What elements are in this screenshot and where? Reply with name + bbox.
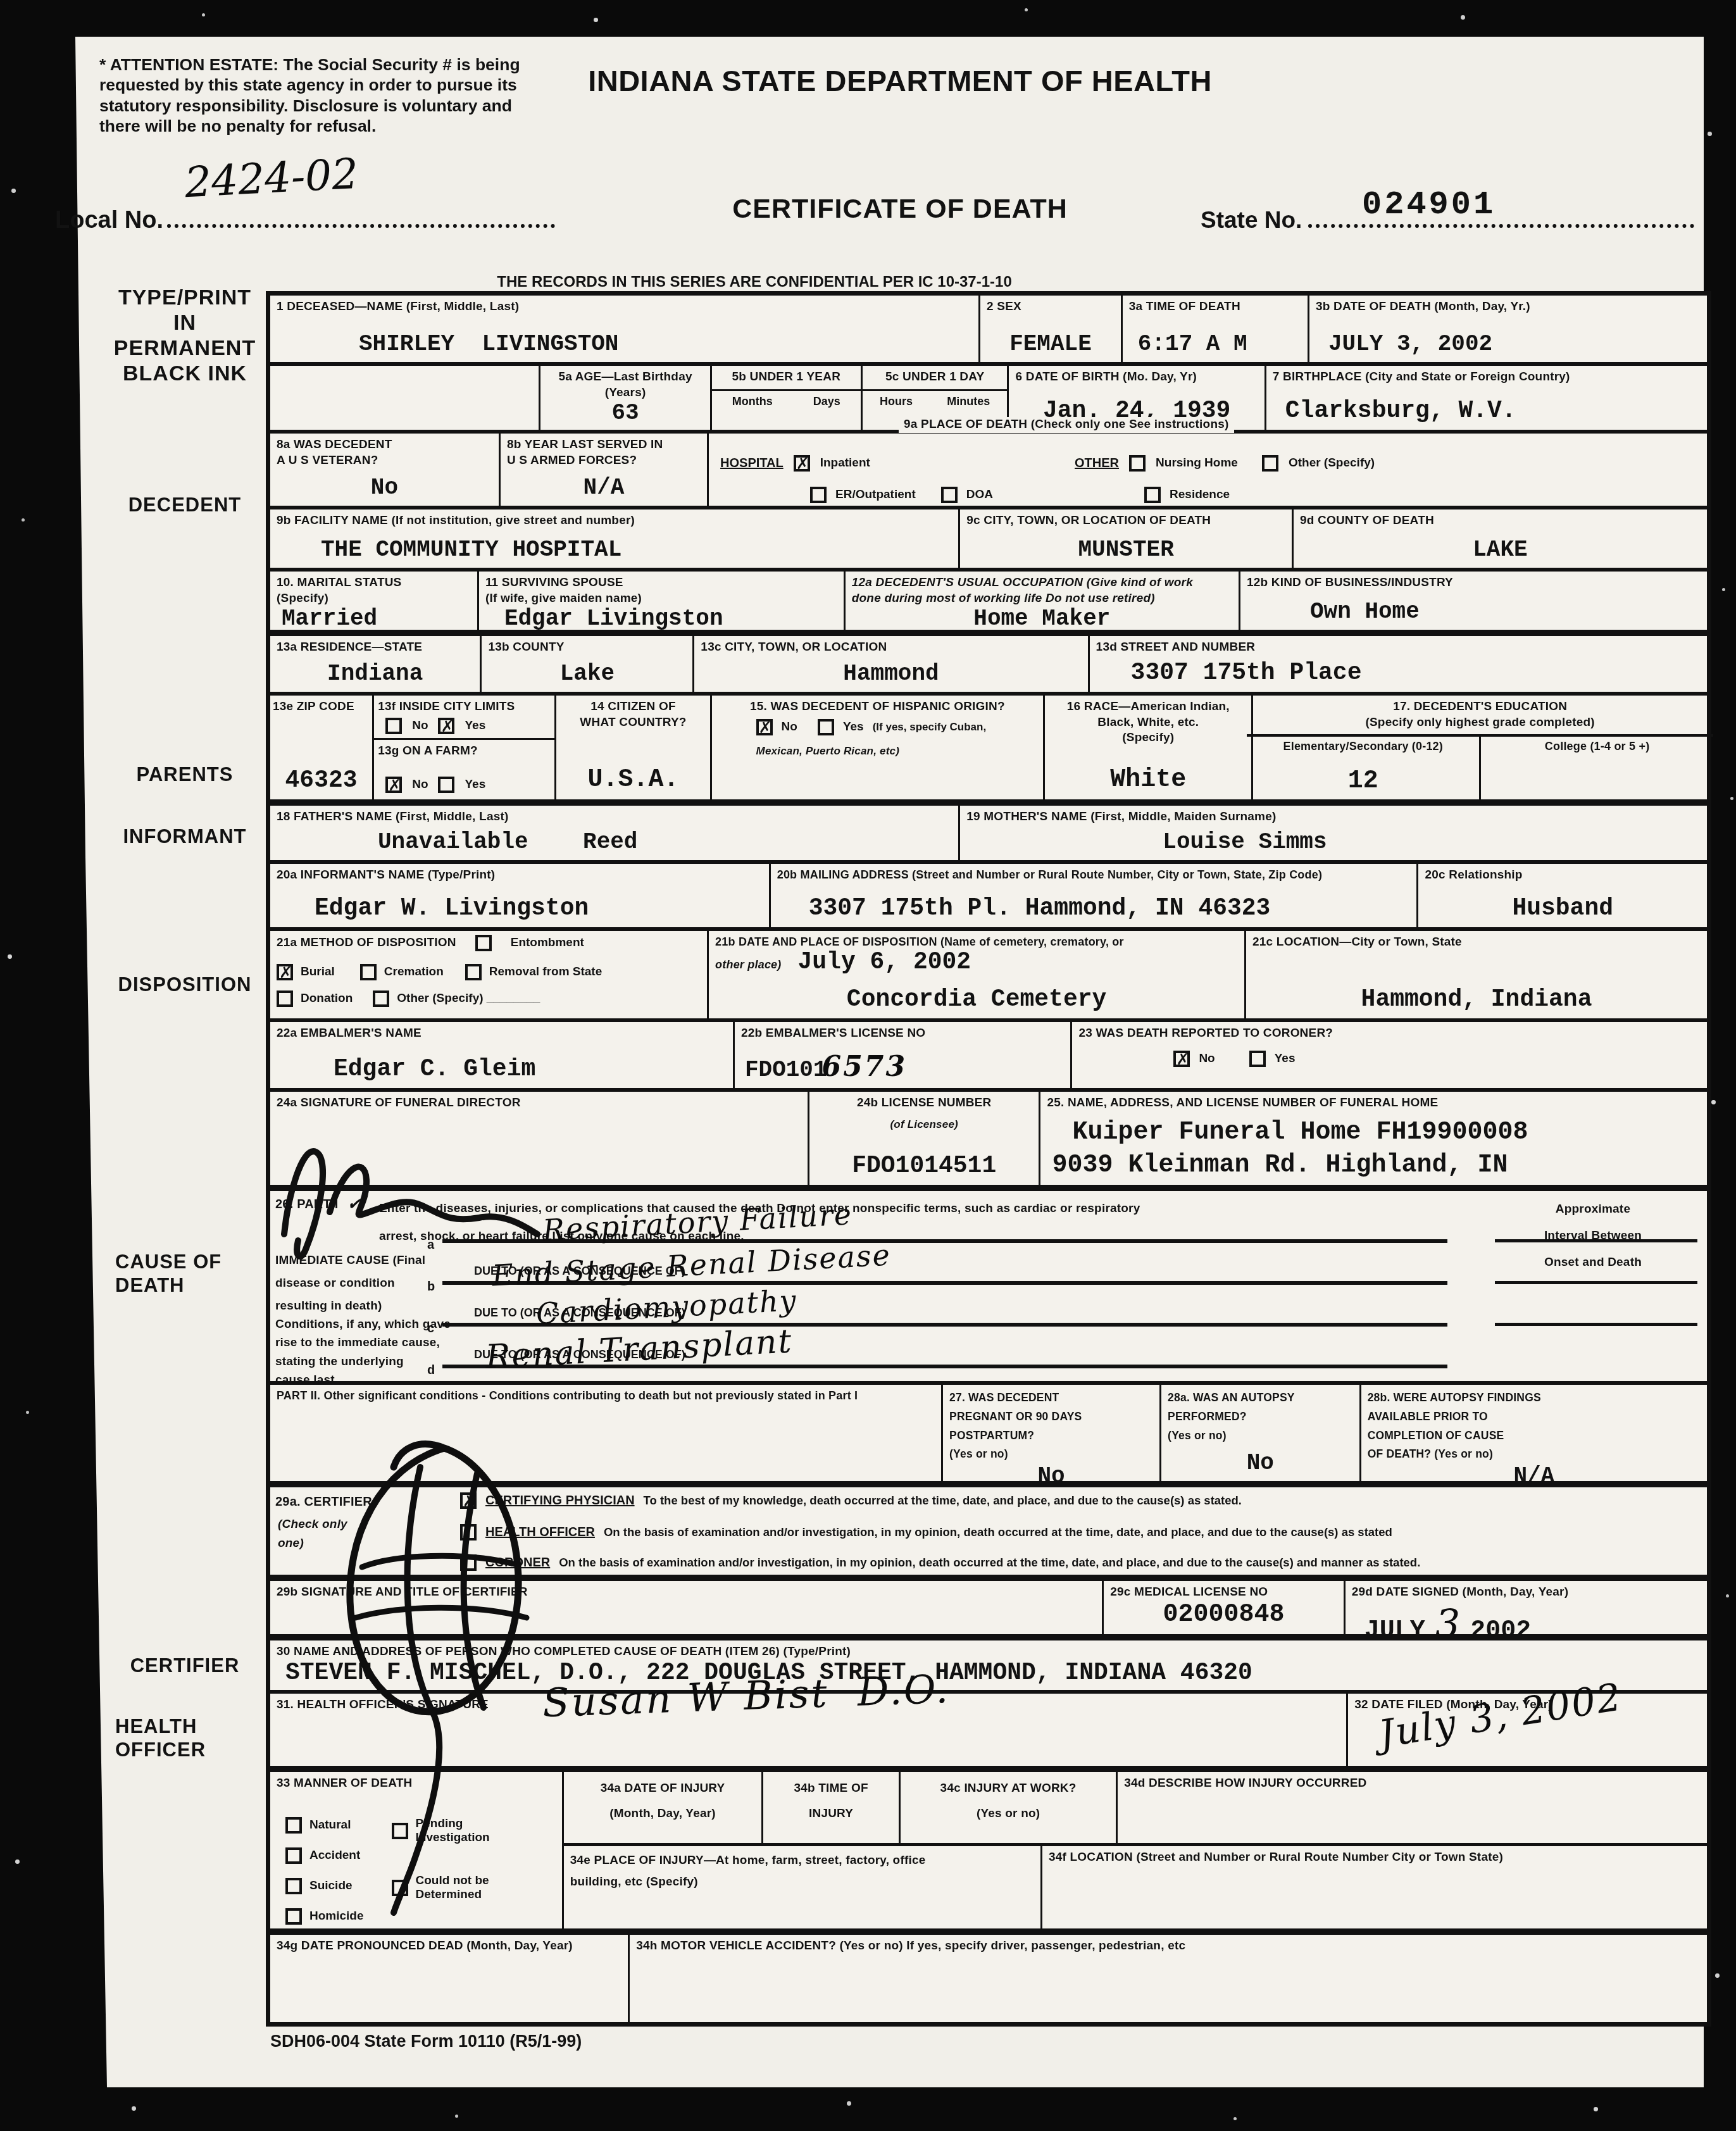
field-veteran: 8a WAS DECEDENT A U S VETERAN? No [270, 434, 499, 506]
row-certifier-signature: 29b SIGNATURE AND TITLE OF CERTIFIER 29c… [270, 1575, 1707, 1634]
other-disposition-label: Other (Specify) ________ [397, 992, 540, 1006]
nursing-home-checkbox [1129, 455, 1146, 472]
field-autopsy-findings: 28b. WERE AUTOPSY FINDINGS AVAILABLE PRI… [1359, 1385, 1707, 1481]
funeral-home-name-value: Kuiper Funeral Home FH19900008 [1047, 1119, 1701, 1148]
hospital-group-label: HOSPITAL [720, 456, 784, 471]
field-completed-by: 30 NAME AND ADDRESS OF PERSON WHO COMPLE… [270, 1640, 1707, 1690]
attention-note: * ATTENTION ESTATE: The Social Security … [99, 54, 552, 136]
section-cause-of-death: 26. PART I ✔ Enter the diseases, injurie… [270, 1185, 1707, 1381]
cause-line-c-letter: c [427, 1322, 434, 1336]
suicide-checkbox [285, 1878, 302, 1894]
donation-label: Donation [301, 992, 353, 1006]
certifying-physician-option: ✗ CERTIFYING PHYSICIAN To the best of my… [460, 1492, 1694, 1509]
health-officer-option: HEALTH OFFICER On the basis of examinati… [460, 1524, 1694, 1540]
hispanic-note-2: Mexican, Puerto Rican, etc) [756, 744, 1037, 758]
row-informant: 20a INFORMANT'S NAME (Type/Print) Edgar … [270, 860, 1707, 927]
row-facility: 9b FACILITY NAME (If not institution, gi… [270, 506, 1707, 568]
row-residence: 13a RESIDENCE—STATE Indiana 13b COUNTY L… [270, 630, 1707, 692]
form-number: SDH06-004 State Form 10110 (R5/1-99) [270, 2032, 582, 2051]
field-hispanic-origin: 15. WAS DECEDENT OF HISPANIC ORIGIN? ✗ N… [710, 696, 1044, 799]
field-industry: 12b KIND OF BUSINESS/INDUSTRY Own Home [1239, 572, 1707, 630]
city-of-death-value: MUNSTER [966, 537, 1285, 564]
field-surviving-spouse: 11 SURVIVING SPOUSE (If wife, give maide… [477, 572, 844, 630]
undetermined-checkbox [392, 1880, 408, 1896]
local-no-label: Local No. [55, 207, 163, 234]
burial-label: Burial [301, 965, 335, 979]
donation-checkbox [277, 991, 293, 1007]
field-embalmer-name: 22a EMBALMER'S NAME Edgar C. Gleim [270, 1022, 733, 1088]
field-reported-to-coroner: 23 WAS DEATH REPORTED TO CORONER? ✗ No Y… [1070, 1022, 1707, 1088]
entombment-checkbox [475, 935, 492, 951]
nursing-home-label: Nursing Home [1156, 456, 1238, 470]
page-subtitle: CERTIFICATE OF DEATH [631, 194, 1169, 225]
field-residence-state: 13a RESIDENCE—STATE Indiana [270, 636, 480, 692]
inpatient-checkbox: ✗ [794, 455, 810, 472]
inside-city-yes-checkbox: ✗ [438, 718, 454, 734]
pending-checkbox [392, 1823, 408, 1839]
field-father-name: 18 FATHER'S NAME (First, Middle, Last) U… [270, 806, 958, 860]
er-outpatient-checkbox [810, 487, 827, 503]
zip-value: 46323 [273, 768, 370, 796]
education-elementary-cell: Elementary/Secondary (0-12) 12 [1247, 737, 1479, 799]
farm-no-checkbox: ✗ [385, 777, 402, 793]
page-title: INDIANA STATE DEPARTMENT OF HEALTH [536, 63, 1264, 98]
county-of-death-value: LAKE [1300, 537, 1701, 564]
interval-header: Approximate Interval Between Onset and D… [1489, 1196, 1697, 1275]
attention-bold: * ATTENTION ESTATE: [99, 55, 278, 74]
row-disposition: 21a METHOD OF DISPOSITION Entombment ✗ B… [270, 927, 1707, 1018]
residence-label: Residence [1170, 488, 1230, 502]
field-citizen: 14 CITIZEN OF WHAT COUNTRY? U.S.A. [554, 696, 709, 799]
field-manner-of-death: 33 MANNER OF DEATH Natural Accident Suic… [270, 1772, 562, 1928]
field-mother-name: 19 MOTHER'S NAME (First, Middle, Maiden … [958, 806, 1707, 860]
field-under-1-year: 5b UNDER 1 YEAR Months Days [710, 366, 861, 430]
row-marital-occupation: 10. MARITAL STATUS (Specify) Married 11 … [270, 568, 1707, 630]
margin-decedent: DECEDENT [96, 494, 273, 517]
field-funeral-director-signature: 24a SIGNATURE OF FUNERAL DIRECTOR [270, 1092, 808, 1185]
disposition-place-value: Concordia Cemetery [715, 987, 1238, 1015]
field-injury-at-work: 34c INJURY AT WORK? (Yes or no) [899, 1772, 1116, 1843]
field-how-injury-occurred: 34d DESCRIBE HOW INJURY OCCURRED [1116, 1772, 1707, 1843]
hispanic-note-1: (If yes, specify Cuban, [873, 721, 987, 734]
burial-checkbox: ✗ [277, 964, 293, 980]
undetermined-label: Could not be Determined [416, 1874, 489, 1902]
armed-forces-value: N/A [507, 475, 701, 502]
field-date-pronounced-dead: 34g DATE PRONOUNCED DEAD (Month, Day, Ye… [270, 1935, 628, 2022]
field-motor-vehicle-accident: 34h MOTOR VEHICLE ACCIDENT? (Yes or no) … [628, 1935, 1707, 2022]
certificate-form: 1 DECEASED—NAME (First, Middle, Last) SH… [266, 291, 1711, 2027]
field-sex: 2 SEX FEMALE [978, 296, 1121, 362]
cause-line-d-letter: d [427, 1363, 435, 1378]
certifying-physician-label: CERTIFYING PHYSICIAN [485, 1494, 635, 1508]
health-officer-text: On the basis of examination and/or inves… [604, 1525, 1392, 1539]
disposition-date-value: July 6, 2002 [798, 949, 971, 977]
row-funeral-director: 24a SIGNATURE OF FUNERAL DIRECTOR 24b LI… [270, 1088, 1707, 1185]
inside-city-no-checkbox [385, 718, 402, 734]
certifying-physician-checkbox: ✗ [460, 1492, 477, 1509]
section-certifier-type: 29a. CERTIFIER (Check only one) ✗ CERTIF… [270, 1481, 1707, 1575]
local-no-handwritten-value: 2424-02 [184, 149, 359, 207]
field-marital-status: 10. MARITAL STATUS (Specify) Married [270, 572, 477, 630]
margin-informant: INFORMANT [96, 825, 273, 849]
sex-value: FEMALE [987, 332, 1115, 358]
citizen-value: U.S.A. [563, 766, 703, 796]
state-no-value: 024901 [1362, 186, 1496, 223]
field-armed-forces-year: 8b YEAR LAST SERVED IN U S ARMED FORCES?… [499, 434, 707, 506]
coroner-no-checkbox: ✗ [1173, 1051, 1190, 1067]
hispanic-yes-checkbox [818, 719, 834, 735]
row-deceased: 1 DECEASED—NAME (First, Middle, Last) SH… [270, 296, 1707, 362]
other-disposition-checkbox [373, 991, 389, 1007]
field-date-of-injury: 34a DATE OF INJURY (Month, Day, Year) [564, 1772, 761, 1843]
completed-by-value: STEVEN F. MISCHEL, D.O., 222 DOUGLAS STR… [277, 1660, 1701, 1688]
coroner-no-label: No [1199, 1052, 1215, 1066]
margin-certifier: CERTIFIER [96, 1654, 273, 1678]
part1-label: 26. PART I [275, 1196, 338, 1213]
health-officer-label: HEALTH OFFICER [485, 1525, 595, 1540]
certificate-document: * ATTENTION ESTATE: The Social Security … [36, 37, 1704, 2087]
cremation-label: Cremation [384, 965, 444, 979]
field-city-of-death: 9c CITY, TOWN, OR LOCATION OF DEATH MUNS… [958, 509, 1292, 568]
residence-state-value: Indiana [277, 661, 473, 688]
field-age: 5a AGE—Last Birthday (Years) 63 [539, 366, 709, 430]
hispanic-yes-label: Yes [843, 720, 864, 734]
coroner-yes-checkbox [1249, 1051, 1266, 1067]
margin-type-print: TYPE/PRINT IN PERMANENT BLACK INK [96, 285, 273, 386]
local-no-line: Local No. [55, 203, 555, 234]
er-outpatient-label: ER/Outpatient [835, 488, 916, 502]
days-label: Days [813, 395, 840, 426]
field-funeral-director-license: 24b LICENSE NUMBER (of Licensee) FDO1014… [808, 1092, 1039, 1185]
local-no-dotted-line [167, 203, 555, 228]
field-residence-county: 13b COUNTY Lake [480, 636, 692, 692]
field-certifier-signature: 29b SIGNATURE AND TITLE OF CERTIFIER [270, 1581, 1102, 1634]
accident-label: Accident [309, 1849, 360, 1863]
field-date-of-death: 3b DATE OF DEATH (Month, Day, Yr.) JULY … [1308, 296, 1707, 362]
interval-line-c [1495, 1323, 1697, 1326]
film-speckles [0, 0, 2, 2]
row-parents: 18 FATHER'S NAME (First, Middle, Last) U… [270, 799, 1707, 860]
field-date-signed: 29d DATE SIGNED (Month, Day, Year) JULY … [1344, 1581, 1707, 1634]
field-mailing-address: 20b MAILING ADDRESS (Street and Number o… [769, 864, 1417, 927]
father-name-value: Unavailable Reed [277, 830, 952, 856]
other-specify-label: Other (Specify) [1289, 456, 1375, 470]
natural-checkbox [285, 1817, 302, 1834]
state-no-label: State No. [1201, 207, 1302, 234]
field-disposition-location: 21c LOCATION—City or Town, State Hammond… [1244, 931, 1707, 1018]
state-no-line: State No. 024901 [1201, 203, 1694, 234]
coroner-text: On the basis of examination and/or inves… [559, 1556, 1420, 1570]
cause-line-a-letter: a [427, 1238, 434, 1253]
embalmer-name-value: Edgar C. Gleim [277, 1056, 727, 1084]
mailing-address-value: 3307 175th Pl. Hammond, IN 46323 [777, 896, 1411, 923]
field-deceased-name: 1 DECEASED—NAME (First, Middle, Last) SH… [270, 296, 978, 362]
interval-line-b [1495, 1281, 1697, 1284]
field-place-of-death: 9a PLACE OF DEATH (Check only one See in… [707, 434, 1707, 506]
interval-line-a [1495, 1239, 1697, 1242]
surviving-spouse-value: Edgar Livingston [485, 606, 837, 633]
hispanic-no-label: No [782, 720, 797, 734]
embalmer-license-handwritten: 6573 [822, 1052, 907, 1082]
field-occupation: 12a DECEDENT'S USUAL OCCUPATION (Give ki… [844, 572, 1239, 630]
autopsy-value: No [1168, 1451, 1353, 1477]
field-education: 17. DECEDENT'S EDUCATION (Specify only h… [1251, 696, 1707, 799]
confidential-notice: THE RECORDS IN THIS SERIES ARE CONFIDENT… [302, 273, 1207, 291]
time-of-death-value: 6:17 A M [1129, 332, 1301, 358]
margin-cause-of-death: CAUSE OF DEATH [96, 1251, 292, 1297]
accident-checkbox [285, 1847, 302, 1864]
occupation-value: Home Maker [852, 606, 1232, 633]
doa-checkbox [941, 487, 958, 503]
cause-line-b-letter: b [427, 1280, 435, 1294]
immediate-cause-label: IMMEDIATE CAUSE (Final disease or condit… [275, 1249, 425, 1318]
field-part2: PART II. Other significant conditions - … [270, 1385, 941, 1481]
field-method-of-disposition: 21a METHOD OF DISPOSITION Entombment ✗ B… [270, 931, 707, 1018]
health-officer-checkbox [460, 1524, 477, 1540]
certifying-physician-text: To the best of my knowledge, death occur… [644, 1494, 1242, 1508]
field-informant-name: 20a INFORMANT'S NAME (Type/Print) Edgar … [270, 864, 769, 927]
other-specify-checkbox [1262, 455, 1278, 472]
farm-yes-label: Yes [465, 777, 485, 793]
funeral-director-license-value: FDO1014511 [816, 1153, 1032, 1181]
field-street-number: 13d STREET AND NUMBER 3307 175th Place [1088, 636, 1707, 692]
row-zip-race-education: 13e ZIP CODE 46323 13f INSIDE CITY LIMIT… [270, 692, 1707, 799]
scanned-death-certificate-page: * ATTENTION ESTATE: The Social Security … [0, 0, 1736, 2131]
field-funeral-home: 25. NAME, ADDRESS, AND LICENSE NUMBER OF… [1039, 1092, 1707, 1185]
inside-city-yes-label: Yes [465, 718, 485, 734]
check-only-one-label: (Check only one) [278, 1515, 347, 1554]
disposition-location-value: Hammond, Indiana [1252, 987, 1701, 1015]
funeral-home-address-value: 9039 Kleinman Rd. Highland, IN [1047, 1152, 1701, 1181]
field-date-place-disposition: 21b DATE AND PLACE OF DISPOSITION (Name … [707, 931, 1244, 1018]
certifier-label: 29a. CERTIFIER [275, 1494, 372, 1510]
conditions-label: Conditions, if any, which gave rise to t… [275, 1315, 451, 1390]
entombment-label: Entombment [511, 936, 584, 950]
row-veteran-place-of-death: 8a WAS DECEDENT A U S VETERAN? No 8b YEA… [270, 430, 1707, 506]
education-college-cell: College (1-4 or 5 +) [1479, 737, 1713, 799]
veteran-value: No [277, 475, 492, 502]
coroner-yes-label: Yes [1275, 1052, 1296, 1066]
margin-parents: PARENTS [96, 763, 273, 787]
injury-subsection: 34a DATE OF INJURY (Month, Day, Year) 34… [562, 1772, 1707, 1928]
field-time-of-injury: 34b TIME OF INJURY [761, 1772, 899, 1843]
field-pregnant: 27. WAS DECEDENT PREGNANT OR 90 DAYS POS… [941, 1385, 1159, 1481]
homicide-label: Homicide [309, 1909, 364, 1923]
residence-county-value: Lake [488, 661, 686, 688]
field-relationship: 20c Relationship Husband [1416, 864, 1707, 927]
field-medical-license: 29c MEDICAL LICENSE NO 02000848 [1102, 1581, 1343, 1634]
suicide-label: Suicide [309, 1879, 353, 1893]
relationship-value: Husband [1425, 896, 1701, 923]
field-residence-city: 13c CITY, TOWN, OR LOCATION Hammond [692, 636, 1087, 692]
date-of-death-value: JULY 3, 2002 [1316, 332, 1701, 358]
medical-license-value: 02000848 [1110, 1601, 1337, 1630]
field-injury-location: 34f LOCATION (Street and Number or Rural… [1040, 1846, 1707, 1928]
education-elementary-value: 12 [1252, 768, 1474, 797]
part1-check-mark: ✔ [347, 1195, 361, 1214]
margin-health-officer: HEALTH OFFICER [96, 1715, 292, 1761]
field-county-of-death: 9d COUNTY OF DEATH LAKE [1292, 509, 1707, 568]
coroner-option: CORONER On the basis of examination and/… [460, 1554, 1694, 1571]
field-place-of-injury: 34e PLACE OF INJURY—At home, farm, stree… [564, 1846, 1040, 1928]
coroner-checkbox [460, 1554, 477, 1571]
residence-city-value: Hammond [701, 661, 1081, 688]
field-facility-name: 9b FACILITY NAME (If not institution, gi… [270, 509, 958, 568]
homicide-checkbox [285, 1908, 302, 1925]
field-zip: 13e ZIP CODE 46323 [270, 696, 372, 799]
field-time-of-death: 3a TIME OF DEATH 6:17 A M [1121, 296, 1308, 362]
industry-value: Own Home [1247, 599, 1701, 626]
facility-name-value: THE COMMUNITY HOSPITAL [277, 537, 952, 564]
row-embalmer: 22a EMBALMER'S NAME Edgar C. Gleim 22b E… [270, 1018, 1707, 1088]
field-4-empty [270, 366, 539, 430]
natural-label: Natural [309, 1818, 351, 1832]
farm-yes-checkbox [438, 777, 454, 793]
hispanic-no-checkbox: ✗ [756, 719, 773, 735]
farm-no-label: No [412, 777, 428, 793]
informant-name-value: Edgar W. Livingston [277, 896, 763, 923]
other-group-label: OTHER [1075, 456, 1119, 471]
field-birthplace: 7 BIRTHPLACE (City and State or Foreign … [1265, 366, 1707, 430]
row-pronounced-dead: 34g DATE PRONOUNCED DEAD (Month, Day, Ye… [270, 1928, 1707, 2022]
row-part2-autopsy: PART II. Other significant conditions - … [270, 1381, 1707, 1481]
field-race: 16 RACE—American Indian, Black, White, e… [1043, 696, 1251, 799]
birthplace-value: Clarksburg, W.V. [1273, 398, 1701, 426]
months-label: Months [732, 395, 773, 426]
coroner-label: CORONER [485, 1556, 550, 1570]
doa-label: DOA [966, 488, 993, 502]
residence-checkbox [1144, 487, 1161, 503]
inpatient-label: Inpatient [820, 456, 870, 470]
race-value: White [1051, 766, 1245, 796]
age-value: 63 [547, 401, 703, 427]
section-manner-of-death: 33 MANNER OF DEATH Natural Accident Suic… [270, 1766, 1707, 1928]
inside-city-no-label: No [412, 718, 428, 734]
deceased-name-value: SHIRLEY LIVINGSTON [277, 332, 972, 358]
mother-name-value: Louise Simms [966, 830, 1701, 856]
field-autopsy: 28a. WAS AN AUTOPSY PERFORMED? (Yes or n… [1159, 1385, 1359, 1481]
pending-label: Pending Investigation [416, 1817, 490, 1845]
removal-checkbox [465, 964, 482, 980]
street-number-value: 3307 175th Place [1096, 660, 1701, 688]
marital-status-value: Married [277, 606, 471, 633]
embalmer-license-value: FDO101 6573 [741, 1052, 1064, 1084]
cremation-checkbox [360, 964, 377, 980]
margin-disposition: DISPOSITION [96, 973, 273, 997]
removal-label: Removal from State [489, 965, 602, 979]
field-city-limits-farm: 13f INSIDE CITY LIMITS No ✗ Yes 13g ON A… [372, 696, 554, 799]
row-completed-by: 30 NAME AND ADDRESS OF PERSON WHO COMPLE… [270, 1634, 1707, 1690]
education-college-value [1486, 796, 1708, 797]
field-embalmer-license: 22b EMBALMER'S LICENSE NO FDO101 6573 [733, 1022, 1070, 1088]
